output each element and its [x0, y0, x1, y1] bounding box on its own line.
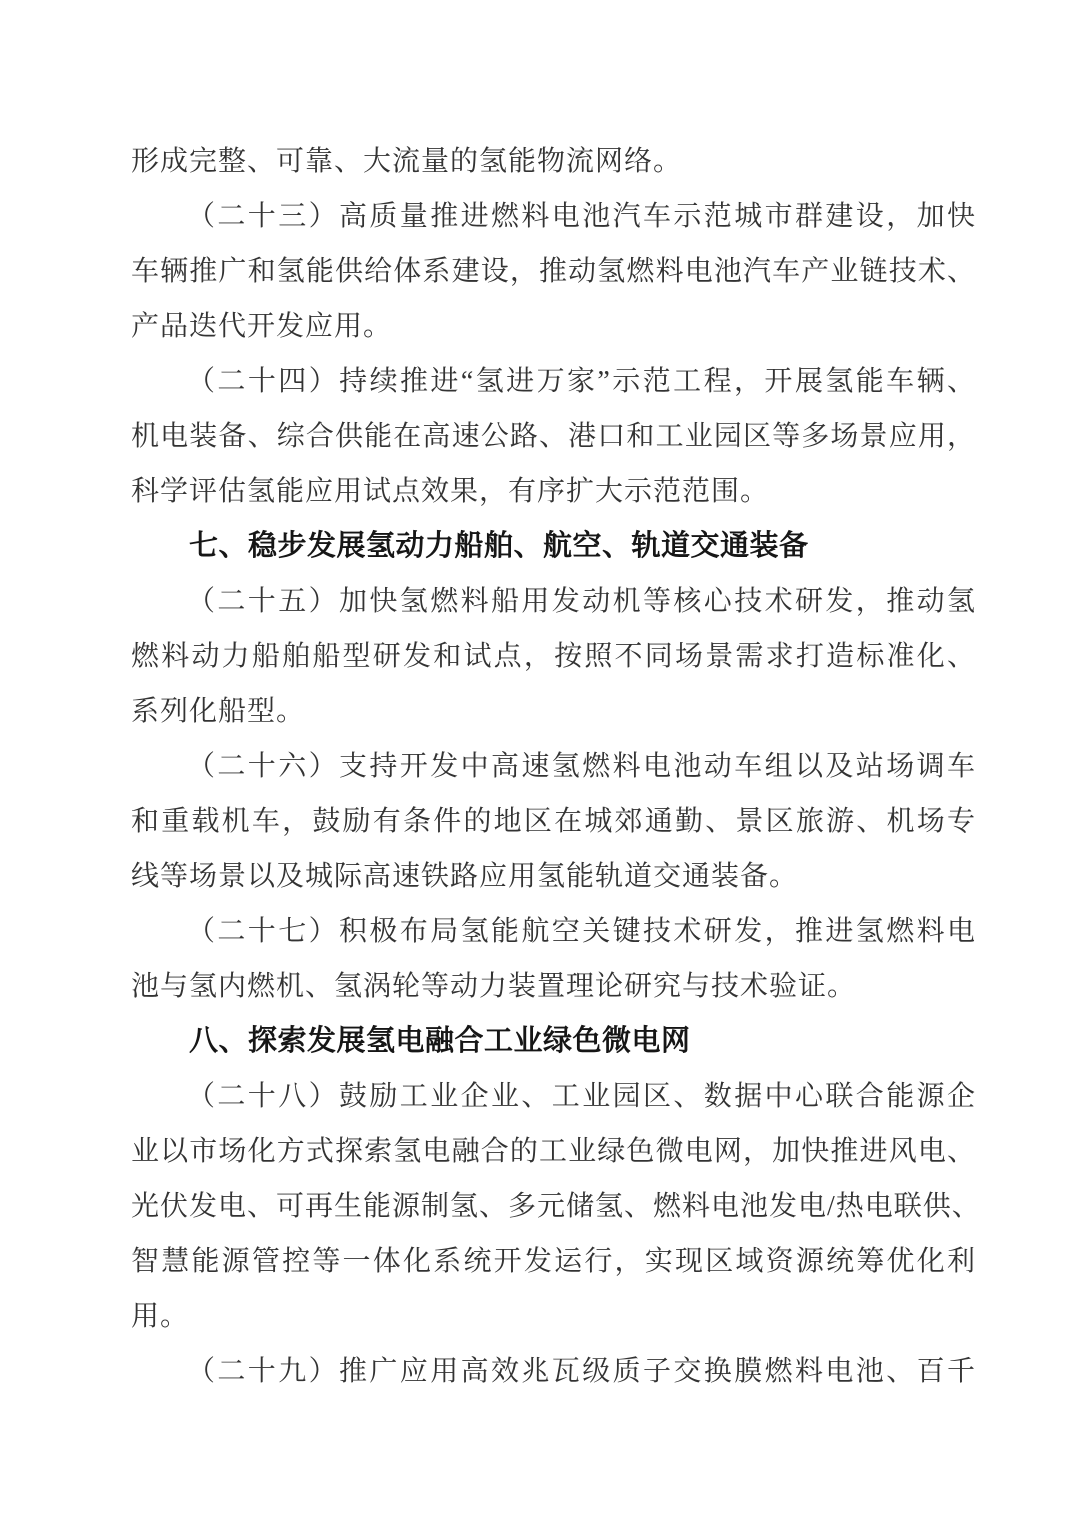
- document-line: 用。: [131, 1289, 976, 1344]
- document-line: 车辆推广和氢能供给体系建设，推动氢燃料电池汽车产业链技术、: [131, 244, 976, 299]
- document-line: （二十九）推广应用高效兆瓦级质子交换膜燃料电池、百千: [131, 1344, 976, 1399]
- document-line: 系列化船型。: [131, 684, 976, 739]
- document-line: （二十八）鼓励工业企业、工业园区、数据中心联合能源企: [131, 1069, 976, 1124]
- section-heading: 八、探索发展氢电融合工业绿色微电网: [131, 1014, 976, 1069]
- document-line: （二十三）高质量推进燃料电池汽车示范城市群建设，加快: [131, 189, 976, 244]
- document-line: 智慧能源管控等一体化系统开发运行，实现区域资源统筹优化利: [131, 1234, 976, 1289]
- document-line: （二十七）积极布局氢能航空关键技术研发，推进氢燃料电: [131, 904, 976, 959]
- document-line: 机电装备、综合供能在高速公路、港口和工业园区等多场景应用，: [131, 409, 976, 464]
- document-line: （二十六）支持开发中高速氢燃料电池动车组以及站场调车: [131, 739, 976, 794]
- document-line: 产品迭代开发应用。: [131, 299, 976, 354]
- document-line: 燃料动力船舶船型研发和试点，按照不同场景需求打造标准化、: [131, 629, 976, 684]
- document-page: 形成完整、可靠、大流量的氢能物流网络。（二十三）高质量推进燃料电池汽车示范城市群…: [0, 0, 1080, 1527]
- section-heading: 七、稳步发展氢动力船舶、航空、轨道交通装备: [131, 519, 976, 574]
- document-line: 线等场景以及城际高速铁路应用氢能轨道交通装备。: [131, 849, 976, 904]
- document-body: 形成完整、可靠、大流量的氢能物流网络。（二十三）高质量推进燃料电池汽车示范城市群…: [131, 134, 976, 1399]
- document-line: 科学评估氢能应用试点效果，有序扩大示范范围。: [131, 464, 976, 519]
- document-line: 池与氢内燃机、氢涡轮等动力装置理论研究与技术验证。: [131, 959, 976, 1014]
- document-line: （二十四）持续推进“氢进万家”示范工程，开展氢能车辆、: [131, 354, 976, 409]
- document-line: 业以市场化方式探索氢电融合的工业绿色微电网，加快推进风电、: [131, 1124, 976, 1179]
- document-line: 形成完整、可靠、大流量的氢能物流网络。: [131, 134, 976, 189]
- document-line: （二十五）加快氢燃料船用发动机等核心技术研发，推动氢: [131, 574, 976, 629]
- document-line: 光伏发电、可再生能源制氢、多元储氢、燃料电池发电/热电联供、: [131, 1179, 976, 1234]
- document-line: 和重载机车，鼓励有条件的地区在城郊通勤、景区旅游、机场专: [131, 794, 976, 849]
